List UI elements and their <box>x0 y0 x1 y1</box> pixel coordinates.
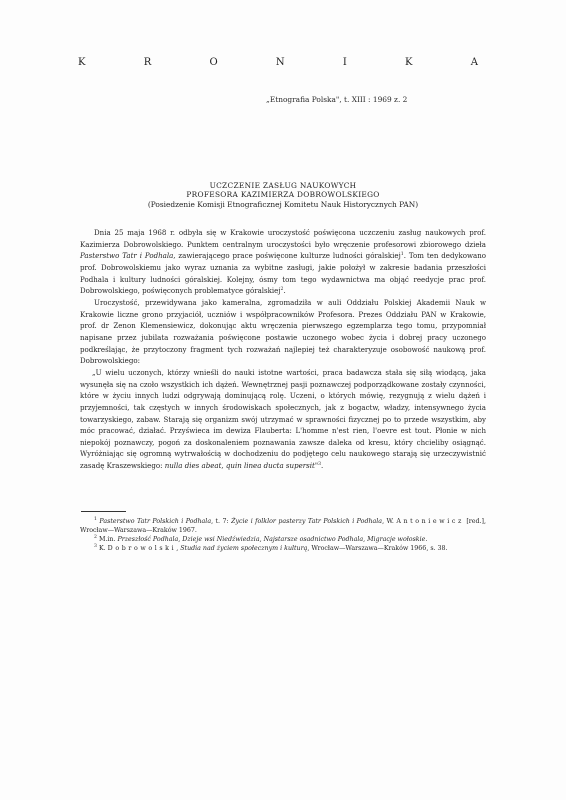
article-title-line-1: UCZCZENIE ZASŁUG NAUKOWYCH <box>80 181 486 190</box>
latin-maxim: nulla dies abeat, quin linea ducta super… <box>165 461 315 470</box>
text-run: M.in. <box>99 536 118 543</box>
paragraph-1: Dnia 25 maja 1968 r. odbyła się w Krakow… <box>80 227 486 297</box>
section-title-letter: I <box>343 57 347 68</box>
text-run: , t. 7: <box>211 518 231 525</box>
italic-title: Pasterstwo Tatr Polskich i Podhala <box>99 518 211 525</box>
section-title-letter: N <box>276 57 285 68</box>
author-name: Antoniewicz <box>396 518 464 525</box>
footnote-2: 2 M.in. Przeszłość Podhala, Dzieje wsi N… <box>80 536 486 545</box>
footnote-number: 1 <box>94 517 97 522</box>
footnote-number: 2 <box>94 535 97 540</box>
section-title-letter: K <box>405 57 412 68</box>
article-body: Dnia 25 maja 1968 r. odbyła się w Krakow… <box>80 227 486 472</box>
text-run: . <box>321 461 323 470</box>
section-title-letter: O <box>209 57 217 68</box>
text-run: „U wielu uczonych, którzy wnieśli do nau… <box>80 368 486 470</box>
italic-title: Pasterstwo Tatr i Podhala <box>80 251 173 260</box>
footnote-1: 1 Pasterstwo Tatr Polskich i Podhala, t.… <box>80 518 486 536</box>
section-title-letter: R <box>144 57 152 68</box>
paragraph-2: Uroczystość, przewidywana jako kameralna… <box>80 297 486 367</box>
quotation-paragraph: „U wielu uczonych, którzy wnieśli do nau… <box>80 367 486 472</box>
article-heading: UCZCZENIE ZASŁUG NAUKOWYCH PROFESORA KAZ… <box>80 181 486 209</box>
document-page: K R O N I K A „Etnografia Polska", t. XI… <box>0 0 566 800</box>
text-run: , Wrocław—Warszawa—Kraków 1966, s. 38. <box>307 545 447 552</box>
italic-title: Życie i folklor pasterzy Tatr Polskich i… <box>231 518 382 525</box>
article-subtitle: (Posiedzenie Komisji Etnograficznej Komi… <box>80 200 486 209</box>
italic-title: Przeszłość Podhala, Dzieje wsi Niedźwied… <box>117 536 427 543</box>
article-title-line-2: PROFESORA KAZIMIERZA DOBROWOLSKIEGO <box>80 190 486 199</box>
journal-reference: „Etnografia Polska", t. XIII : 1969 z. 2 <box>266 95 407 104</box>
italic-title: Studia nad życiem społecznym i kulturą <box>180 545 307 552</box>
text-run: . <box>283 286 285 295</box>
text-run: , zawierającego prace poświęcone kulturz… <box>173 251 400 260</box>
section-title-letter: A <box>471 57 478 68</box>
author-name: Dobrowolski <box>108 545 177 552</box>
footnote-number: 3 <box>94 544 97 549</box>
footnote-3: 3 K. Dobrowolski, Studia nad życiem społ… <box>80 545 486 554</box>
text-run: Dnia 25 maja 1968 r. odbyła się w Krakow… <box>80 228 486 249</box>
footnote-divider <box>81 511 126 512</box>
text-run: , W. <box>382 518 396 525</box>
section-title-letter: K <box>78 57 85 68</box>
footnotes: 1 Pasterstwo Tatr Polskich i Podhala, t.… <box>80 518 486 554</box>
text-run: K. <box>99 545 108 552</box>
section-title-kronika: K R O N I K A <box>78 57 478 68</box>
